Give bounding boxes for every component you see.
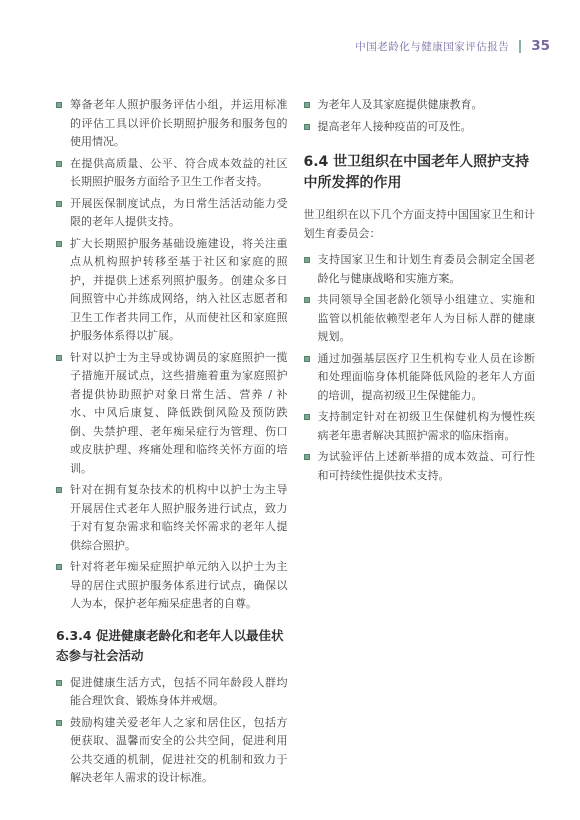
page-number: 35 — [531, 38, 550, 54]
bullet-text: 开展医保制度试点，为日常生活活动能力受限的老年人提供支持。 — [70, 195, 288, 232]
bullet-text: 针对在拥有复杂技术的机构中以护士为主导开展居住式老年人照护服务进行试点，致力于对… — [70, 481, 288, 555]
bullet-item: 鼓励构建关爱老年人之家和居住区，包括方便获取、温馨而安全的公共空间，促进利用公共… — [56, 714, 288, 788]
bullet-list: 筹备老年人照护服务评估小组，并运用标准的评估工具以评价长期照护服务和服务包的使用… — [56, 96, 288, 614]
left-column: 筹备老年人照护服务评估小组，并运用标准的评估工具以评价长期照护服务和服务包的使用… — [56, 96, 288, 791]
page-content: 筹备老年人照护服务评估小组，并运用标准的评估工具以评价长期照护服务和服务包的使用… — [0, 96, 580, 791]
bullet-list: 支持国家卫生和计划生育委员会制定全国老龄化与健康战略和实施方案。共同领导全国老龄… — [304, 251, 536, 485]
page-header: 中国老龄化与健康国家评估报告 35 — [0, 38, 550, 54]
bullet-text: 鼓励构建关爱老年人之家和居住区，包括方便获取、温馨而安全的公共空间，促进利用公共… — [70, 714, 288, 788]
bullet-text: 扩大长期照护服务基础设施建设，将关注重点从机构照护转移至基于社区和家庭的照护，并… — [70, 235, 288, 346]
bullet-square-icon — [56, 355, 62, 361]
bullet-square-icon — [304, 124, 310, 130]
section-heading: 6.3.4 促进健康老龄化和老年人以最佳状态参与社会活动 — [56, 626, 288, 666]
bullet-item: 针对在拥有复杂技术的机构中以护士为主导开展居住式老年人照护服务进行试点，致力于对… — [56, 481, 288, 555]
bullet-list: 促进健康生活方式，包括不同年龄段人群均能合理饮食、锻炼身体并戒烟。鼓励构建关爱老… — [56, 674, 288, 788]
bullet-square-icon — [304, 414, 310, 420]
bullet-square-icon — [56, 487, 62, 493]
bullet-text: 促进健康生活方式，包括不同年龄段人群均能合理饮食、锻炼身体并戒烟。 — [70, 674, 288, 711]
bullet-item: 提高老年人接种疫苗的可及性。 — [304, 118, 536, 137]
bullet-square-icon — [56, 564, 62, 570]
bullet-square-icon — [56, 241, 62, 247]
bullet-item: 筹备老年人照护服务评估小组，并运用标准的评估工具以评价长期照护服务和服务包的使用… — [56, 96, 288, 152]
bullet-item: 支持制定针对在初级卫生保健机构为慢性疾病老年患者解决其照护需求的临床指南。 — [304, 408, 536, 445]
section-heading: 6.4 世卫组织在中国老年人照护支持中所发挥的作用 — [304, 152, 536, 194]
paragraph: 世卫组织在以下几个方面支持中国国家卫生和计划生育委员会： — [304, 206, 536, 243]
bullet-text: 针对将老年痴呆症照护单元纳入以护士为主导的居住式照护服务体系进行试点，确保以人为… — [70, 558, 288, 614]
bullet-item: 开展医保制度试点，为日常生活活动能力受限的老年人提供支持。 — [56, 195, 288, 232]
header-divider-bar — [519, 40, 521, 53]
bullet-item: 针对将老年痴呆症照护单元纳入以护士为主导的居住式照护服务体系进行试点，确保以人为… — [56, 558, 288, 614]
bullet-text: 通过加强基层医疗卫生机构专业人员在诊断和处理面临身体机能降低风险的老年人方面的培… — [318, 350, 536, 406]
bullet-square-icon — [56, 720, 62, 726]
bullet-text: 提高老年人接种疫苗的可及性。 — [318, 118, 536, 137]
bullet-square-icon — [56, 201, 62, 207]
bullet-item: 在提供高质量、公平、符合成本效益的社区长期照护服务方面给予卫生工作者支持。 — [56, 155, 288, 192]
bullet-text: 筹备老年人照护服务评估小组，并运用标准的评估工具以评价长期照护服务和服务包的使用… — [70, 96, 288, 152]
bullet-text: 共同领导全国老龄化领导小组建立、实施和监管以机能依赖型老年人为目标人群的健康规划… — [318, 291, 536, 347]
bullet-square-icon — [304, 454, 310, 460]
bullet-square-icon — [56, 102, 62, 108]
bullet-item: 为试验评估上述新举措的成本效益、可行性和可持续性提供技术支持。 — [304, 448, 536, 485]
bullet-text: 支持制定针对在初级卫生保健机构为慢性疾病老年患者解决其照护需求的临床指南。 — [318, 408, 536, 445]
bullet-item: 为老年人及其家庭提供健康教育。 — [304, 96, 536, 115]
bullet-text: 为试验评估上述新举措的成本效益、可行性和可持续性提供技术支持。 — [318, 448, 536, 485]
bullet-square-icon — [304, 356, 310, 362]
bullet-square-icon — [304, 102, 310, 108]
bullet-item: 扩大长期照护服务基础设施建设，将关注重点从机构照护转移至基于社区和家庭的照护，并… — [56, 235, 288, 346]
bullet-item: 针对以护士为主导或协调员的家庭照护一揽子措施开展试点，这些措施着重为家庭照护者提… — [56, 349, 288, 479]
bullet-square-icon — [56, 680, 62, 686]
bullet-item: 共同领导全国老龄化领导小组建立、实施和监管以机能依赖型老年人为目标人群的健康规划… — [304, 291, 536, 347]
bullet-text: 支持国家卫生和计划生育委员会制定全国老龄化与健康战略和实施方案。 — [318, 251, 536, 288]
bullet-text: 为老年人及其家庭提供健康教育。 — [318, 96, 536, 115]
bullet-square-icon — [56, 161, 62, 167]
bullet-item: 支持国家卫生和计划生育委员会制定全国老龄化与健康战略和实施方案。 — [304, 251, 536, 288]
bullet-text: 针对以护士为主导或协调员的家庭照护一揽子措施开展试点，这些措施着重为家庭照护者提… — [70, 349, 288, 479]
document-page: 中国老龄化与健康国家评估报告 35 筹备老年人照护服务评估小组，并运用标准的评估… — [0, 0, 580, 820]
report-title: 中国老龄化与健康国家评估报告 — [355, 39, 509, 54]
bullet-square-icon — [304, 297, 310, 303]
bullet-list: 为老年人及其家庭提供健康教育。提高老年人接种疫苗的可及性。 — [304, 96, 536, 136]
right-column: 为老年人及其家庭提供健康教育。提高老年人接种疫苗的可及性。6.4 世卫组织在中国… — [304, 96, 536, 791]
bullet-item: 促进健康生活方式，包括不同年龄段人群均能合理饮食、锻炼身体并戒烟。 — [56, 674, 288, 711]
bullet-square-icon — [304, 257, 310, 263]
bullet-text: 在提供高质量、公平、符合成本效益的社区长期照护服务方面给予卫生工作者支持。 — [70, 155, 288, 192]
bullet-item: 通过加强基层医疗卫生机构专业人员在诊断和处理面临身体机能降低风险的老年人方面的培… — [304, 350, 536, 406]
